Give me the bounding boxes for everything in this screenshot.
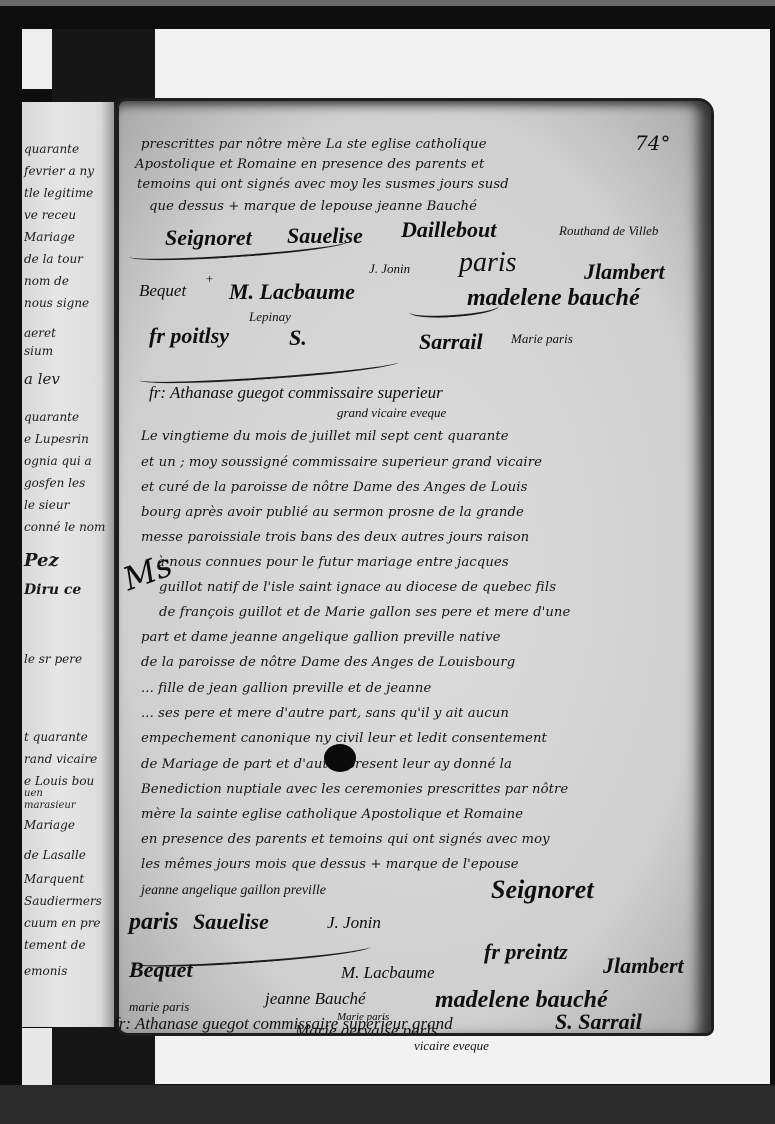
text-line: ... ses pere et mere d'autre part, sans … — [141, 706, 509, 721]
text-line: mère la sainte eglise catholique Apostol… — [141, 807, 523, 822]
signature: Routhand de Villeb — [559, 223, 658, 239]
left-line: Diru ce — [24, 582, 81, 598]
left-line: Saudiermers — [24, 894, 102, 908]
left-line: e Louis bou — [24, 774, 94, 788]
closing-signature: fr: Athanase guegot commissaire superieu… — [149, 383, 443, 403]
signature: S. Sarrail — [555, 1009, 642, 1035]
left-page-fragment: quarante fevrier a ny tle legitime ve re… — [22, 102, 116, 1027]
text-line: guillot natif de l'isle saint ignace au … — [159, 580, 556, 595]
left-line: gosfen les — [24, 476, 85, 490]
scanner-top-edge — [0, 0, 775, 6]
text-line: en presence des parents et temoins qui o… — [141, 832, 550, 847]
text-line: de la paroisse de nôtre Dame des Anges d… — [141, 655, 515, 670]
signature: Seignoret — [491, 875, 594, 905]
left-line: quarante — [24, 142, 79, 156]
signature: Sauelise — [193, 909, 269, 935]
closing-title: vicaire eveque — [414, 1038, 489, 1054]
signature: Jlambert — [584, 259, 665, 285]
signature: fr poitlsy — [149, 323, 229, 349]
text-line: messe paroissiale trois bans des deux au… — [141, 530, 529, 545]
signature: J. Jonin — [327, 913, 381, 933]
left-line: uen — [24, 788, 43, 799]
page-number: 74° — [635, 131, 670, 155]
signature: J. Jonin — [369, 261, 410, 277]
text-line: ... fille de jean gallion preville et de… — [141, 681, 431, 696]
text-line: prescrittes par nôtre mère La ste eglise… — [141, 137, 487, 152]
text-line: à nous connues pour le futur mariage ent… — [157, 555, 509, 570]
left-line: e Lupesrin — [24, 432, 89, 446]
flourish — [409, 298, 500, 320]
signature: Lepinay — [249, 309, 291, 325]
left-line: a lev — [24, 370, 60, 388]
left-line: le sieur — [24, 498, 69, 512]
left-line: tement de — [24, 938, 86, 952]
signature: jeanne angelique gaillon preville — [141, 883, 326, 899]
register-page: 74° prescrittes par nôtre mère La ste eg… — [116, 98, 714, 1036]
signature: paris — [129, 909, 178, 936]
ink-blot — [324, 744, 356, 772]
left-line: fevrier a ny — [24, 164, 94, 178]
text-line: et un ; moy soussigné commissaire superi… — [141, 455, 542, 470]
left-line: le sr pere — [24, 652, 82, 666]
mark-cross: + — [205, 271, 214, 287]
signature: paris — [459, 247, 517, 279]
signature: Daillebout — [401, 217, 496, 243]
signature: Bequet — [139, 281, 186, 301]
signature: Jlambert — [603, 953, 684, 979]
left-line: marasieur — [24, 800, 76, 811]
left-line: emonis — [24, 964, 67, 978]
left-line: t quarante — [24, 730, 88, 744]
left-tab-top — [22, 29, 52, 89]
left-line: Marquent — [24, 872, 84, 886]
text-line: et curé de la paroisse de nôtre Dame des… — [141, 480, 527, 495]
signature: jeanne Bauché — [265, 989, 366, 1009]
signature: S. — [289, 325, 307, 351]
left-line: tle legitime — [24, 186, 93, 200]
closing-title: grand vicaire eveque — [337, 405, 446, 421]
text-line: Benediction nuptiale avec les ceremonies… — [141, 782, 568, 797]
closing-signature: fr: Athanase guegot commissaire superieu… — [114, 1014, 453, 1034]
left-line: nous signe — [24, 296, 89, 310]
left-line: aeret — [24, 326, 56, 340]
left-line: sium — [24, 344, 53, 358]
left-line: Pez — [24, 550, 59, 571]
left-line: ve receu — [24, 208, 76, 222]
left-line: Mariage — [24, 818, 75, 832]
signature: Bequet — [129, 957, 193, 983]
text-line: Apostolique et Romaine en presence des p… — [135, 157, 484, 172]
signature: M. Lacbaume — [229, 279, 355, 305]
signature: Marie paris — [511, 331, 573, 347]
text-line: que dessus + marque de lepouse jeanne Ba… — [149, 199, 477, 214]
text-line: Le vingtieme du mois de juillet mil sept… — [141, 429, 509, 444]
signature: marie paris — [129, 999, 189, 1015]
text-line: de françois guillot et de Marie gallon s… — [159, 605, 570, 620]
left-line: de la tour — [24, 252, 83, 266]
signature: M. Lacbaume — [341, 963, 434, 983]
left-line: ognia qui a — [24, 454, 92, 468]
text-line: temoins qui ont signés avec moy les susm… — [137, 177, 509, 192]
text-line: les mêmes jours mois que dessus + marque… — [141, 857, 519, 872]
scanner-bottom-edge — [0, 1085, 775, 1124]
left-line: nom de — [24, 274, 69, 288]
left-line: conné le nom — [24, 520, 105, 534]
left-line: rand vicaire — [24, 752, 97, 766]
signature: Sarrail — [419, 329, 483, 355]
left-line: cuum en pre — [24, 916, 101, 930]
text-line: bourg après avoir publié au sermon prosn… — [141, 505, 524, 520]
signature: fr preintz — [484, 939, 568, 965]
left-line: Mariage — [24, 230, 75, 244]
left-line: de Lasalle — [24, 848, 86, 862]
left-line: quarante — [24, 410, 79, 424]
text-line: part et dame jeanne angelique gallion pr… — [141, 630, 501, 645]
